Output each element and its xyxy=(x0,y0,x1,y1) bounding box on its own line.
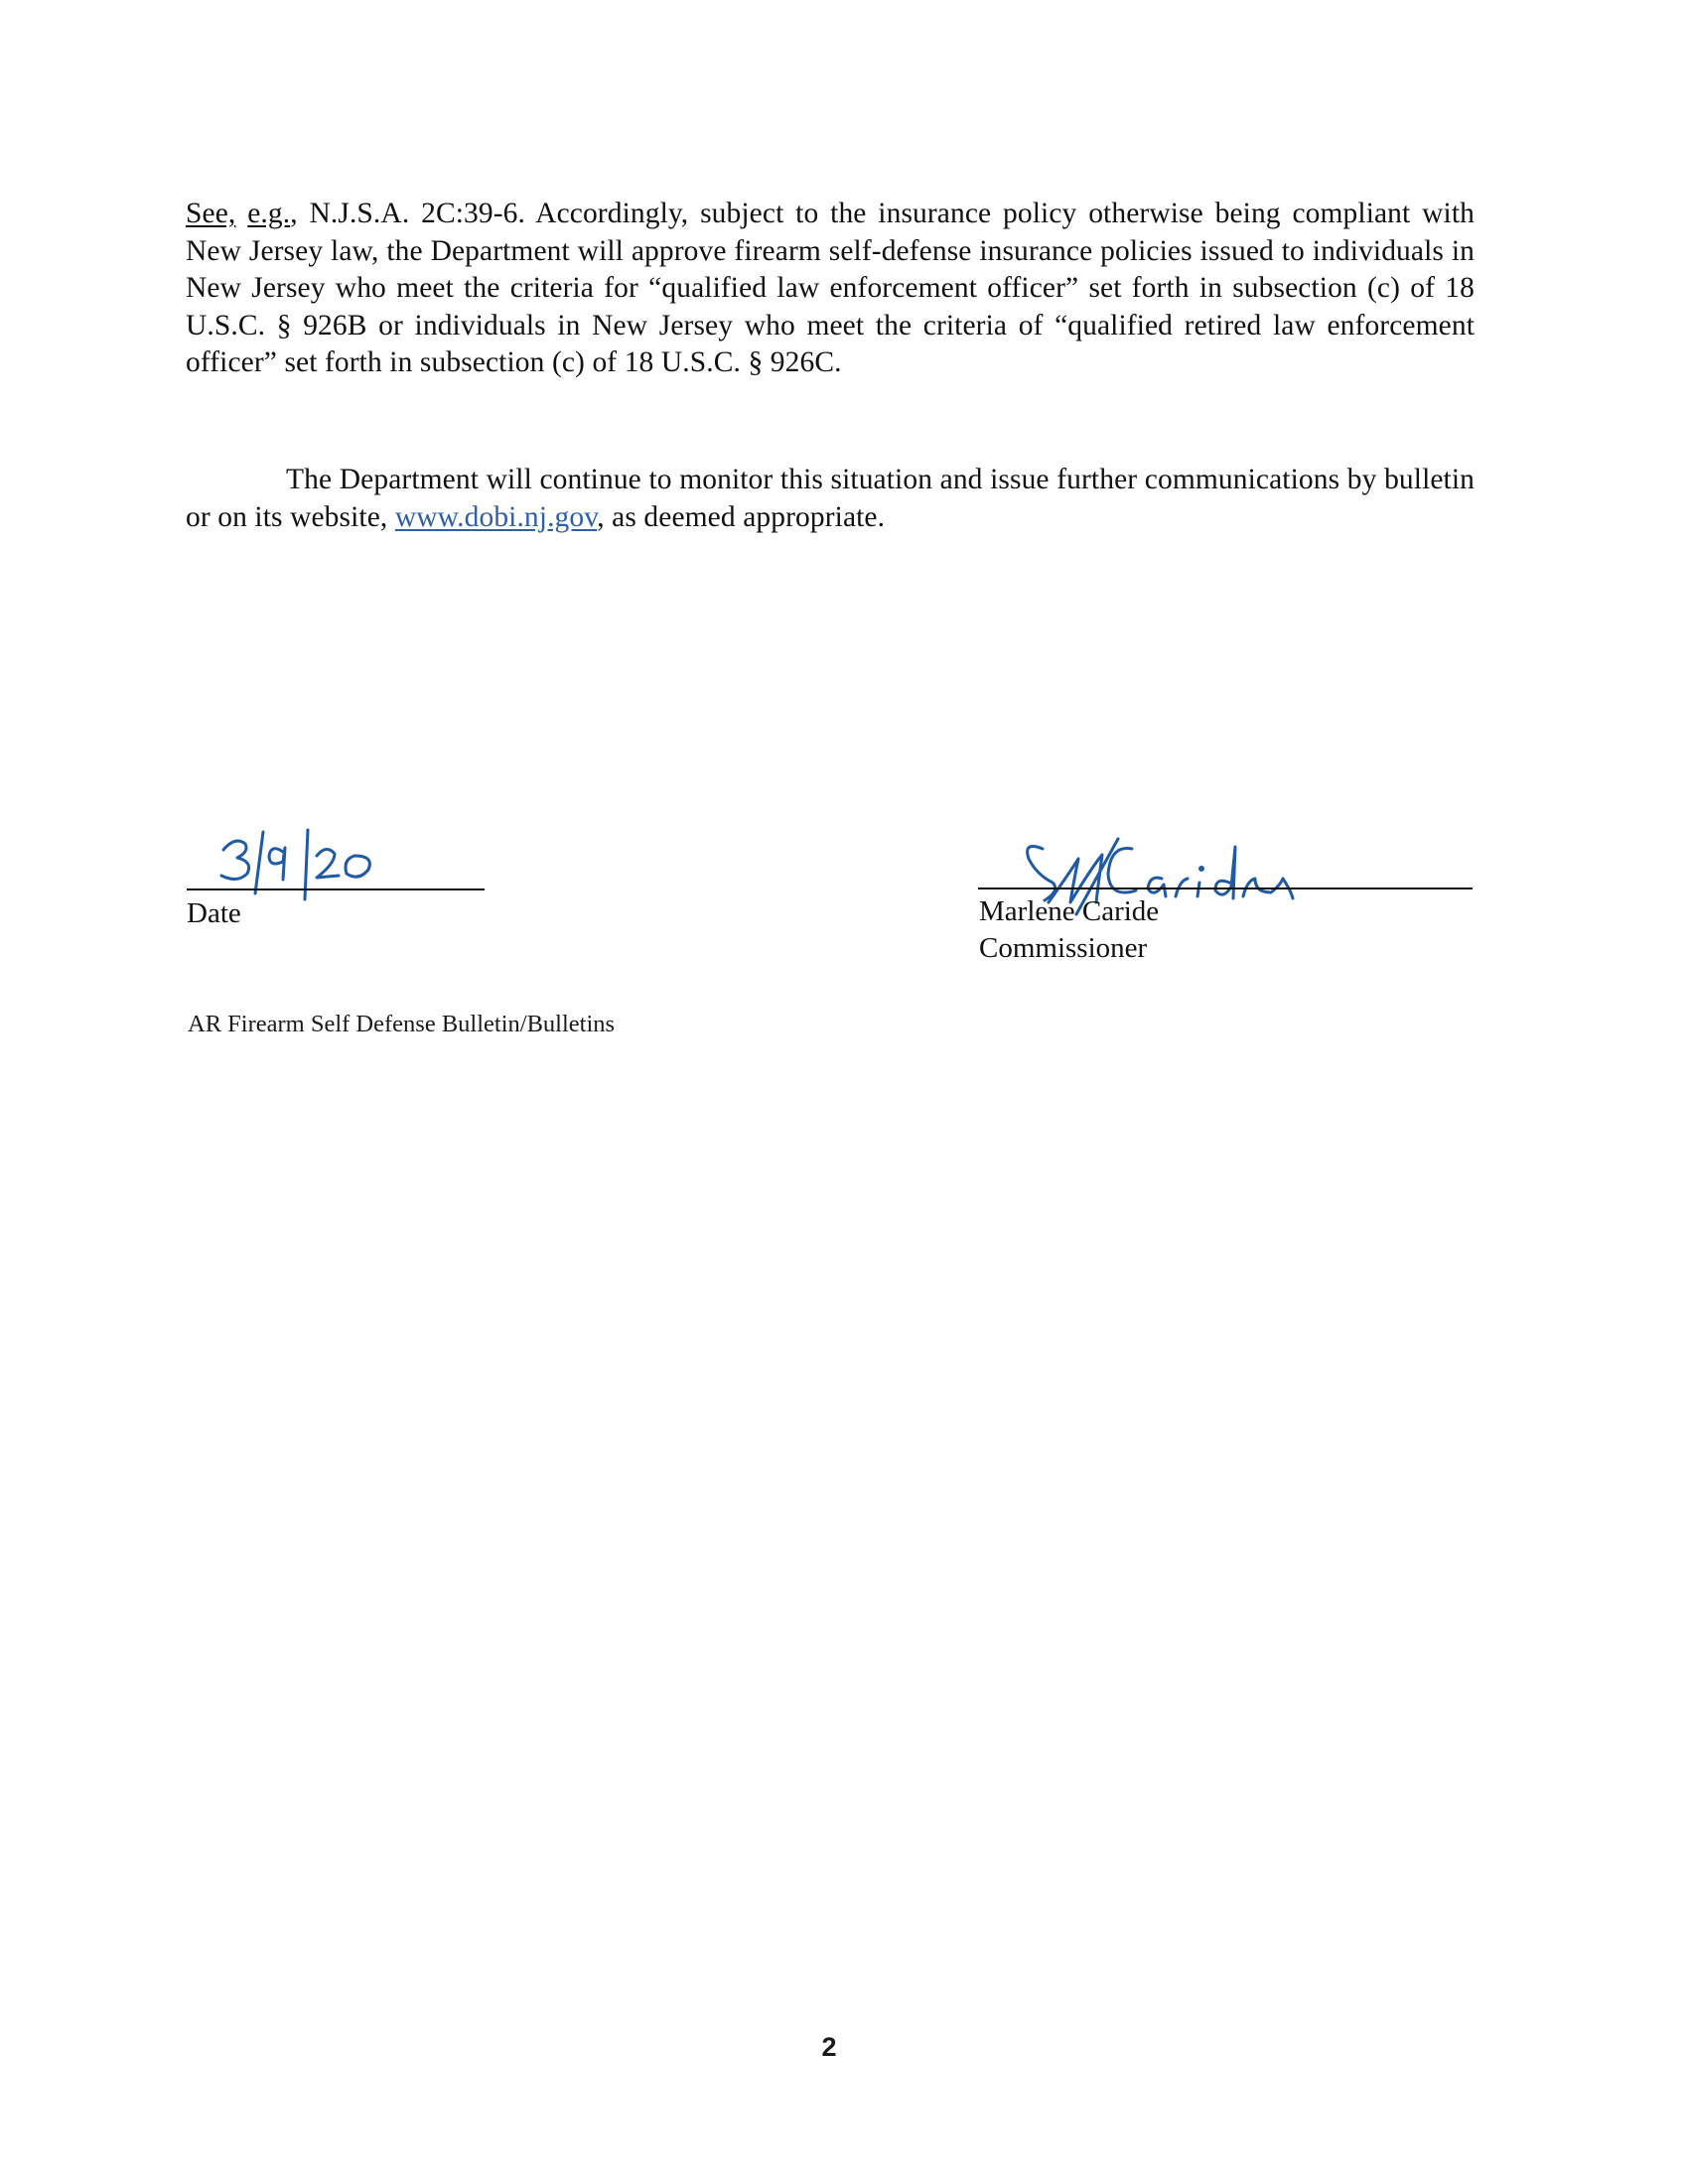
citation-eg: e.g. xyxy=(247,198,290,229)
commissioner-signature-line xyxy=(978,887,1473,889)
citation-see: See, xyxy=(186,198,235,229)
paragraph-legal-citation: See, e.g., N.J.S.A. 2C:39-6. Accordingly… xyxy=(186,196,1475,382)
document-page: See, e.g., N.J.S.A. 2C:39-6. Accordingly… xyxy=(0,0,1688,2184)
date-signature-line xyxy=(187,888,485,890)
signer-title: Commissioner xyxy=(979,931,1147,966)
document-reference: AR Firearm Self Defense Bulletin/Bulleti… xyxy=(188,1010,615,1039)
date-label: Date xyxy=(187,896,241,930)
paragraph-1-text: , N.J.S.A. 2C:39-6. Accordingly, subject… xyxy=(186,198,1475,378)
website-link[interactable]: www.dobi.nj.gov xyxy=(395,501,597,533)
page-number: 2 xyxy=(0,2032,1658,2063)
paragraph-2-tail: , as deemed appropriate. xyxy=(597,501,885,533)
paragraph-monitoring: The Department will continue to monitor … xyxy=(186,462,1475,536)
signer-name: Marlene Caride xyxy=(979,894,1159,929)
